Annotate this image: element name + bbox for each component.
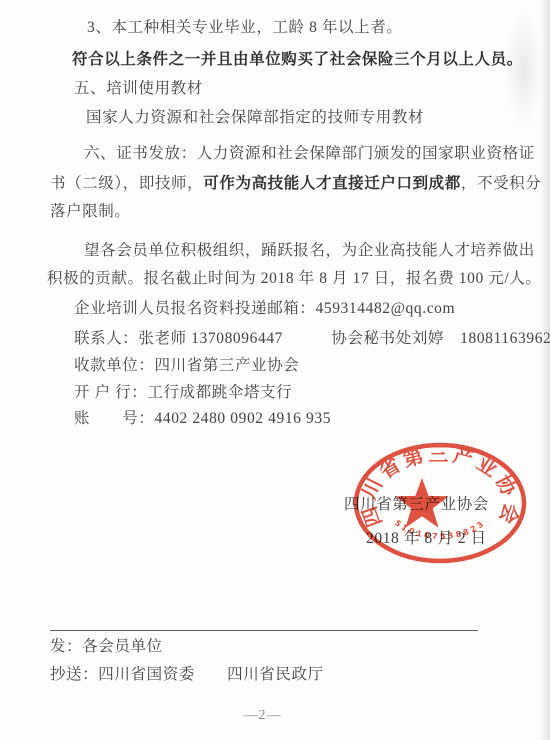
body-line-8: 望各会员单位积极组织，踊跃报名，为企业高技能人才培养做出 bbox=[84, 243, 535, 259]
body-line-4: 国家人力资源和社会保障部指定的技师专用教材 bbox=[86, 110, 424, 126]
scan-edge-shadow bbox=[540, 0, 550, 740]
account-line: 账 号：4402 2480 0902 4916 935 bbox=[74, 411, 331, 427]
body-line-1: 3、本工种相关专业毕业，工龄 8 年以上者。 bbox=[87, 20, 402, 36]
body-line-6: 书（二级），即技师，可作为高技能人才直接迁户口到成都，不受积分 bbox=[50, 176, 541, 192]
seal-code: 510107538823 bbox=[393, 518, 487, 541]
email-line: 企业培训人员报名资料投递邮箱：459314482@qq.com bbox=[74, 301, 455, 317]
section-5-heading: 五、培训使用教材 bbox=[74, 81, 203, 97]
body-line-2-bold: 符合以上条件之一并且由单位购买了社会保险三个月以上人员。 bbox=[72, 52, 523, 68]
footer-divider bbox=[50, 630, 478, 631]
payee-line: 收款单位：四川省第三产业协会 bbox=[74, 358, 299, 374]
body-line-7: 落户限制。 bbox=[50, 204, 131, 220]
bank-line: 开 户 行：工行成都跳伞塔支行 bbox=[74, 385, 292, 401]
seal-ring-text: 四川省第三产业协会 bbox=[357, 443, 524, 531]
body-line-9: 积极的贡献。报名截止时间为 2018 年 8 月 17 日，报名费 100 元/… bbox=[47, 271, 542, 287]
footer-cc: 抄送：四川省国资委 四川省民政厅 bbox=[50, 667, 324, 683]
star-icon bbox=[395, 478, 448, 528]
section-6-heading: 六、证书发放：人力资源和社会保障部门颁发的国家职业资格证 bbox=[84, 146, 535, 162]
page-number: —2— bbox=[0, 708, 525, 724]
contact-line: 联系人：张老师 13708096447 协会秘书处刘婷 18081163962 bbox=[74, 331, 550, 347]
scan-smudge bbox=[504, 10, 544, 130]
line-6-normal-1: 书（二级），即技师， bbox=[50, 175, 203, 192]
document-page: 3、本工种相关专业毕业，工龄 8 年以上者。 符合以上条件之一并且由单位购买了社… bbox=[0, 0, 550, 740]
svg-text:510107538823: 510107538823 bbox=[393, 518, 487, 541]
official-seal: 四川省第三产业协会 510107538823 bbox=[338, 428, 542, 578]
svg-text:四川省第三产业协会: 四川省第三产业协会 bbox=[357, 443, 524, 531]
line-6-normal-2: ，不受积分 bbox=[461, 175, 542, 192]
footer-send: 发：各会员单位 bbox=[50, 639, 163, 655]
line-6-bold: 可作为高技能人才直接迁户口到成都 bbox=[203, 175, 461, 192]
